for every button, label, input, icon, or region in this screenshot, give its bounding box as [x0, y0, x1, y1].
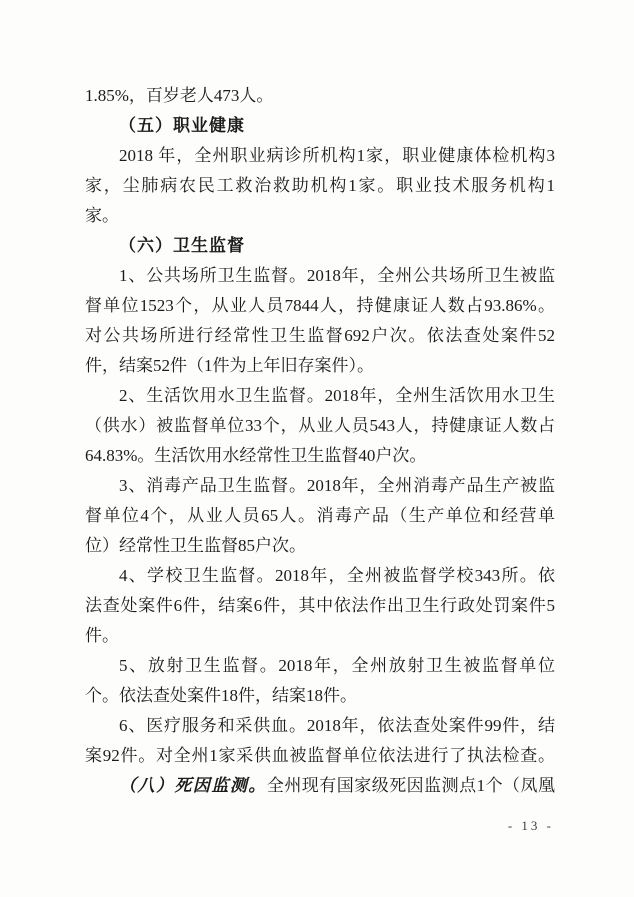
section-heading-inline: （八）死因监测。: [119, 776, 267, 795]
text-line: 1.85%，百岁老人473人。: [85, 81, 555, 111]
text-line: 6、医疗服务和采供血。2018年，依法查处案件99件，结: [85, 711, 555, 741]
text-line: 5、放射卫生监督。2018年，全州放射卫生被监督单位: [85, 651, 555, 681]
text-line: 件。: [85, 621, 555, 651]
text-line: 位）经常性卫生监督85户次。: [85, 531, 555, 561]
text-run: 全州现有国家级死因监测点1个（凤凰: [267, 776, 555, 795]
text-line: 1、公共场所卫生监督。2018年，全州公共场所卫生被监: [85, 261, 555, 291]
text-line: （八）死因监测。全州现有国家级死因监测点1个（凤凰: [85, 771, 555, 801]
text-line: 个。依法查处案件18件，结案18件。: [85, 681, 555, 711]
text-line: 对公共场所进行经常性卫生监督692户次。依法查处案件52: [85, 321, 555, 351]
text-line: 64.83%。生活饮用水经常性卫生监督40户次。: [85, 441, 555, 471]
text-line: 家，尘肺病农民工救治救助机构1家。职业技术服务机构1: [85, 171, 555, 201]
text-line: （供水）被监督单位33个，从业人员543人，持健康证人数占: [85, 411, 555, 441]
text-line: 督单位4个，从业人员65人。消毒产品（生产单位和经营单: [85, 501, 555, 531]
page-number: - 13 -: [508, 817, 554, 835]
text-line: 督单位1523个，从业人员7844人，持健康证人数占93.86%。: [85, 291, 555, 321]
text-line: 件，结案52件（1件为上年旧存案件）。: [85, 351, 555, 381]
text-line: 家。: [85, 201, 555, 231]
text-line: 2、生活饮用水卫生监督。2018年，全州生活饮用水卫生: [85, 381, 555, 411]
text-line: 3、消毒产品卫生监督。2018年，全州消毒产品生产被监: [85, 471, 555, 501]
text-lines: 1.85%，百岁老人473人。（五）职业健康2018 年，全州职业病诊所机构1家…: [85, 81, 555, 801]
text-line: 2018 年，全州职业病诊所机构1家，职业健康体检机构3: [85, 141, 555, 171]
text-line: 法查处案件6件，结案6件，其中依法作出卫生行政处罚案件5: [85, 591, 555, 621]
section-heading: （五）职业健康: [85, 111, 555, 141]
section-heading: （六）卫生监督: [85, 231, 555, 261]
text-line: 4、学校卫生监督。2018年，全州被监督学校343所。依: [85, 561, 555, 591]
document-page: 1.85%，百岁老人473人。（五）职业健康2018 年，全州职业病诊所机构1家…: [0, 0, 634, 897]
text-line: 案92件。对全州1家采供血被监督单位依法进行了执法检查。: [85, 741, 555, 771]
